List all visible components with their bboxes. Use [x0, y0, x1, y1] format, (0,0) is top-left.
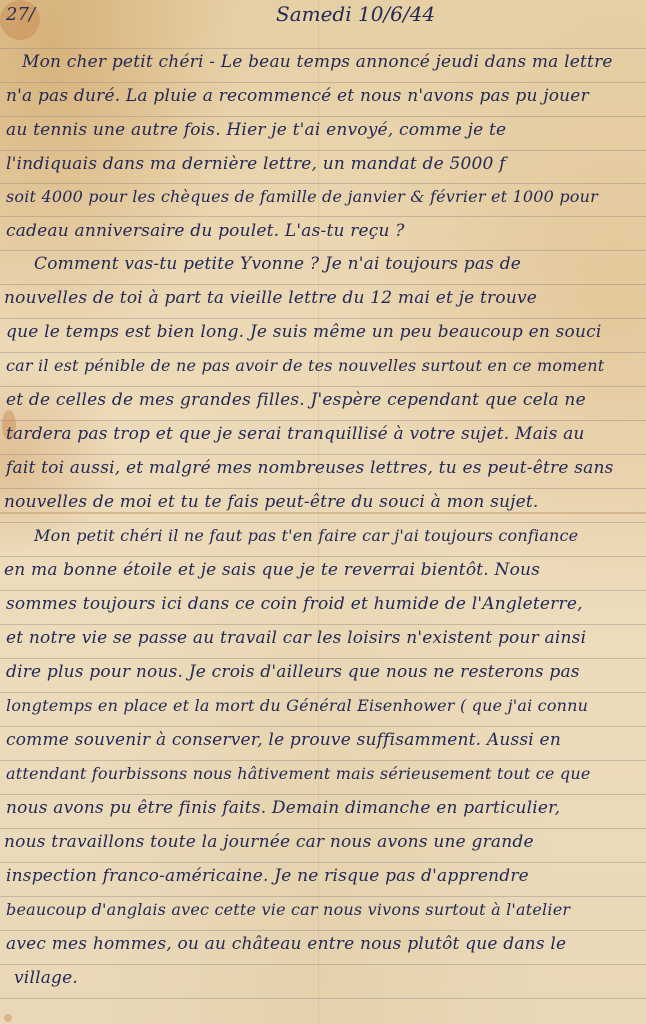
letter-line: village. [14, 968, 78, 988]
letter-line: Mon petit chéri il ne faut pas t'en fair… [34, 526, 578, 545]
page-number: 27/ [6, 4, 35, 25]
letter-line: inspection franco-américaine. Je ne risq… [6, 866, 529, 886]
letter-line: comme souvenir à conserver, le prouve su… [6, 730, 561, 750]
ruled-line [0, 896, 646, 897]
ruled-line [0, 692, 646, 693]
ruled-line [0, 556, 646, 557]
ruled-line [0, 828, 646, 829]
letter-line: nous avons pu être finis faits. Demain d… [6, 798, 560, 818]
ruled-line [0, 964, 646, 965]
letter-line: fait toi aussi, et malgré mes nombreuses… [6, 458, 614, 478]
ruled-line [0, 726, 646, 727]
letter-line: dire plus pour nous. Je crois d'ailleurs… [6, 662, 580, 682]
horizontal-fold-crease [0, 512, 646, 514]
letter-line: nouvelles de toi à part ta vieille lettr… [4, 288, 537, 308]
ruled-line [0, 250, 646, 251]
ruled-line [0, 82, 646, 83]
letter-page: 27/ Samedi 10/6/44 Mon cher petit chéri … [0, 0, 646, 1024]
ruled-line [0, 318, 646, 319]
ruled-line [0, 216, 646, 217]
ruled-line [0, 284, 646, 285]
letter-line: tardera pas trop et que je serai tranqui… [6, 424, 585, 444]
ruled-line [0, 488, 646, 489]
letter-line: soit 4000 pour les chèques de famille de… [6, 187, 598, 206]
letter-line: et notre vie se passe au travail car les… [6, 628, 586, 648]
letter-line: car il est pénible de ne pas avoir de te… [6, 356, 604, 375]
ruled-line [0, 930, 646, 931]
ruled-line [0, 116, 646, 117]
paper-stain [4, 1014, 12, 1022]
ruled-line [0, 420, 646, 421]
letter-line: longtemps en place et la mort du Général… [6, 696, 588, 715]
letter-line: en ma bonne étoile et je sais que je te … [4, 560, 540, 580]
ruled-line [0, 624, 646, 625]
letter-line: beaucoup d'anglais avec cette vie car no… [6, 900, 570, 919]
ruled-line [0, 794, 646, 795]
ruled-line [0, 48, 646, 49]
ruled-line [0, 658, 646, 659]
ruled-line [0, 386, 646, 387]
letter-date: Samedi 10/6/44 [276, 2, 435, 26]
ruled-line [0, 760, 646, 761]
ruled-line [0, 454, 646, 455]
ruled-line [0, 150, 646, 151]
letter-line: nous travaillons toute la journée car no… [4, 832, 534, 852]
ruled-line [0, 183, 646, 184]
ruled-line [0, 522, 646, 523]
letter-line: cadeau anniversaire du poulet. L'as-tu r… [6, 221, 405, 241]
letter-line: au tennis une autre fois. Hier je t'ai e… [6, 120, 506, 140]
letter-line: sommes toujours ici dans ce coin froid e… [6, 594, 583, 614]
letter-line: n'a pas duré. La pluie a recommencé et n… [6, 86, 589, 106]
letter-line: nouvelles de moi et tu te fais peut-être… [4, 492, 539, 512]
letter-line: l'indiquais dans ma dernière lettre, un … [6, 154, 506, 174]
ruled-line [0, 352, 646, 353]
letter-line: que le temps est bien long. Je suis même… [6, 322, 601, 342]
letter-line: avec mes hommes, ou au château entre nou… [6, 934, 566, 954]
letter-line: Comment vas-tu petite Yvonne ? Je n'ai t… [34, 254, 521, 274]
ruled-line [0, 590, 646, 591]
letter-line: et de celles de mes grandes filles. J'es… [6, 390, 586, 410]
ruled-line [0, 862, 646, 863]
letter-line: attendant fourbissons nous hâtivement ma… [6, 764, 591, 783]
letter-line: Mon cher petit chéri - Le beau temps ann… [22, 52, 613, 72]
ruled-line [0, 998, 646, 999]
